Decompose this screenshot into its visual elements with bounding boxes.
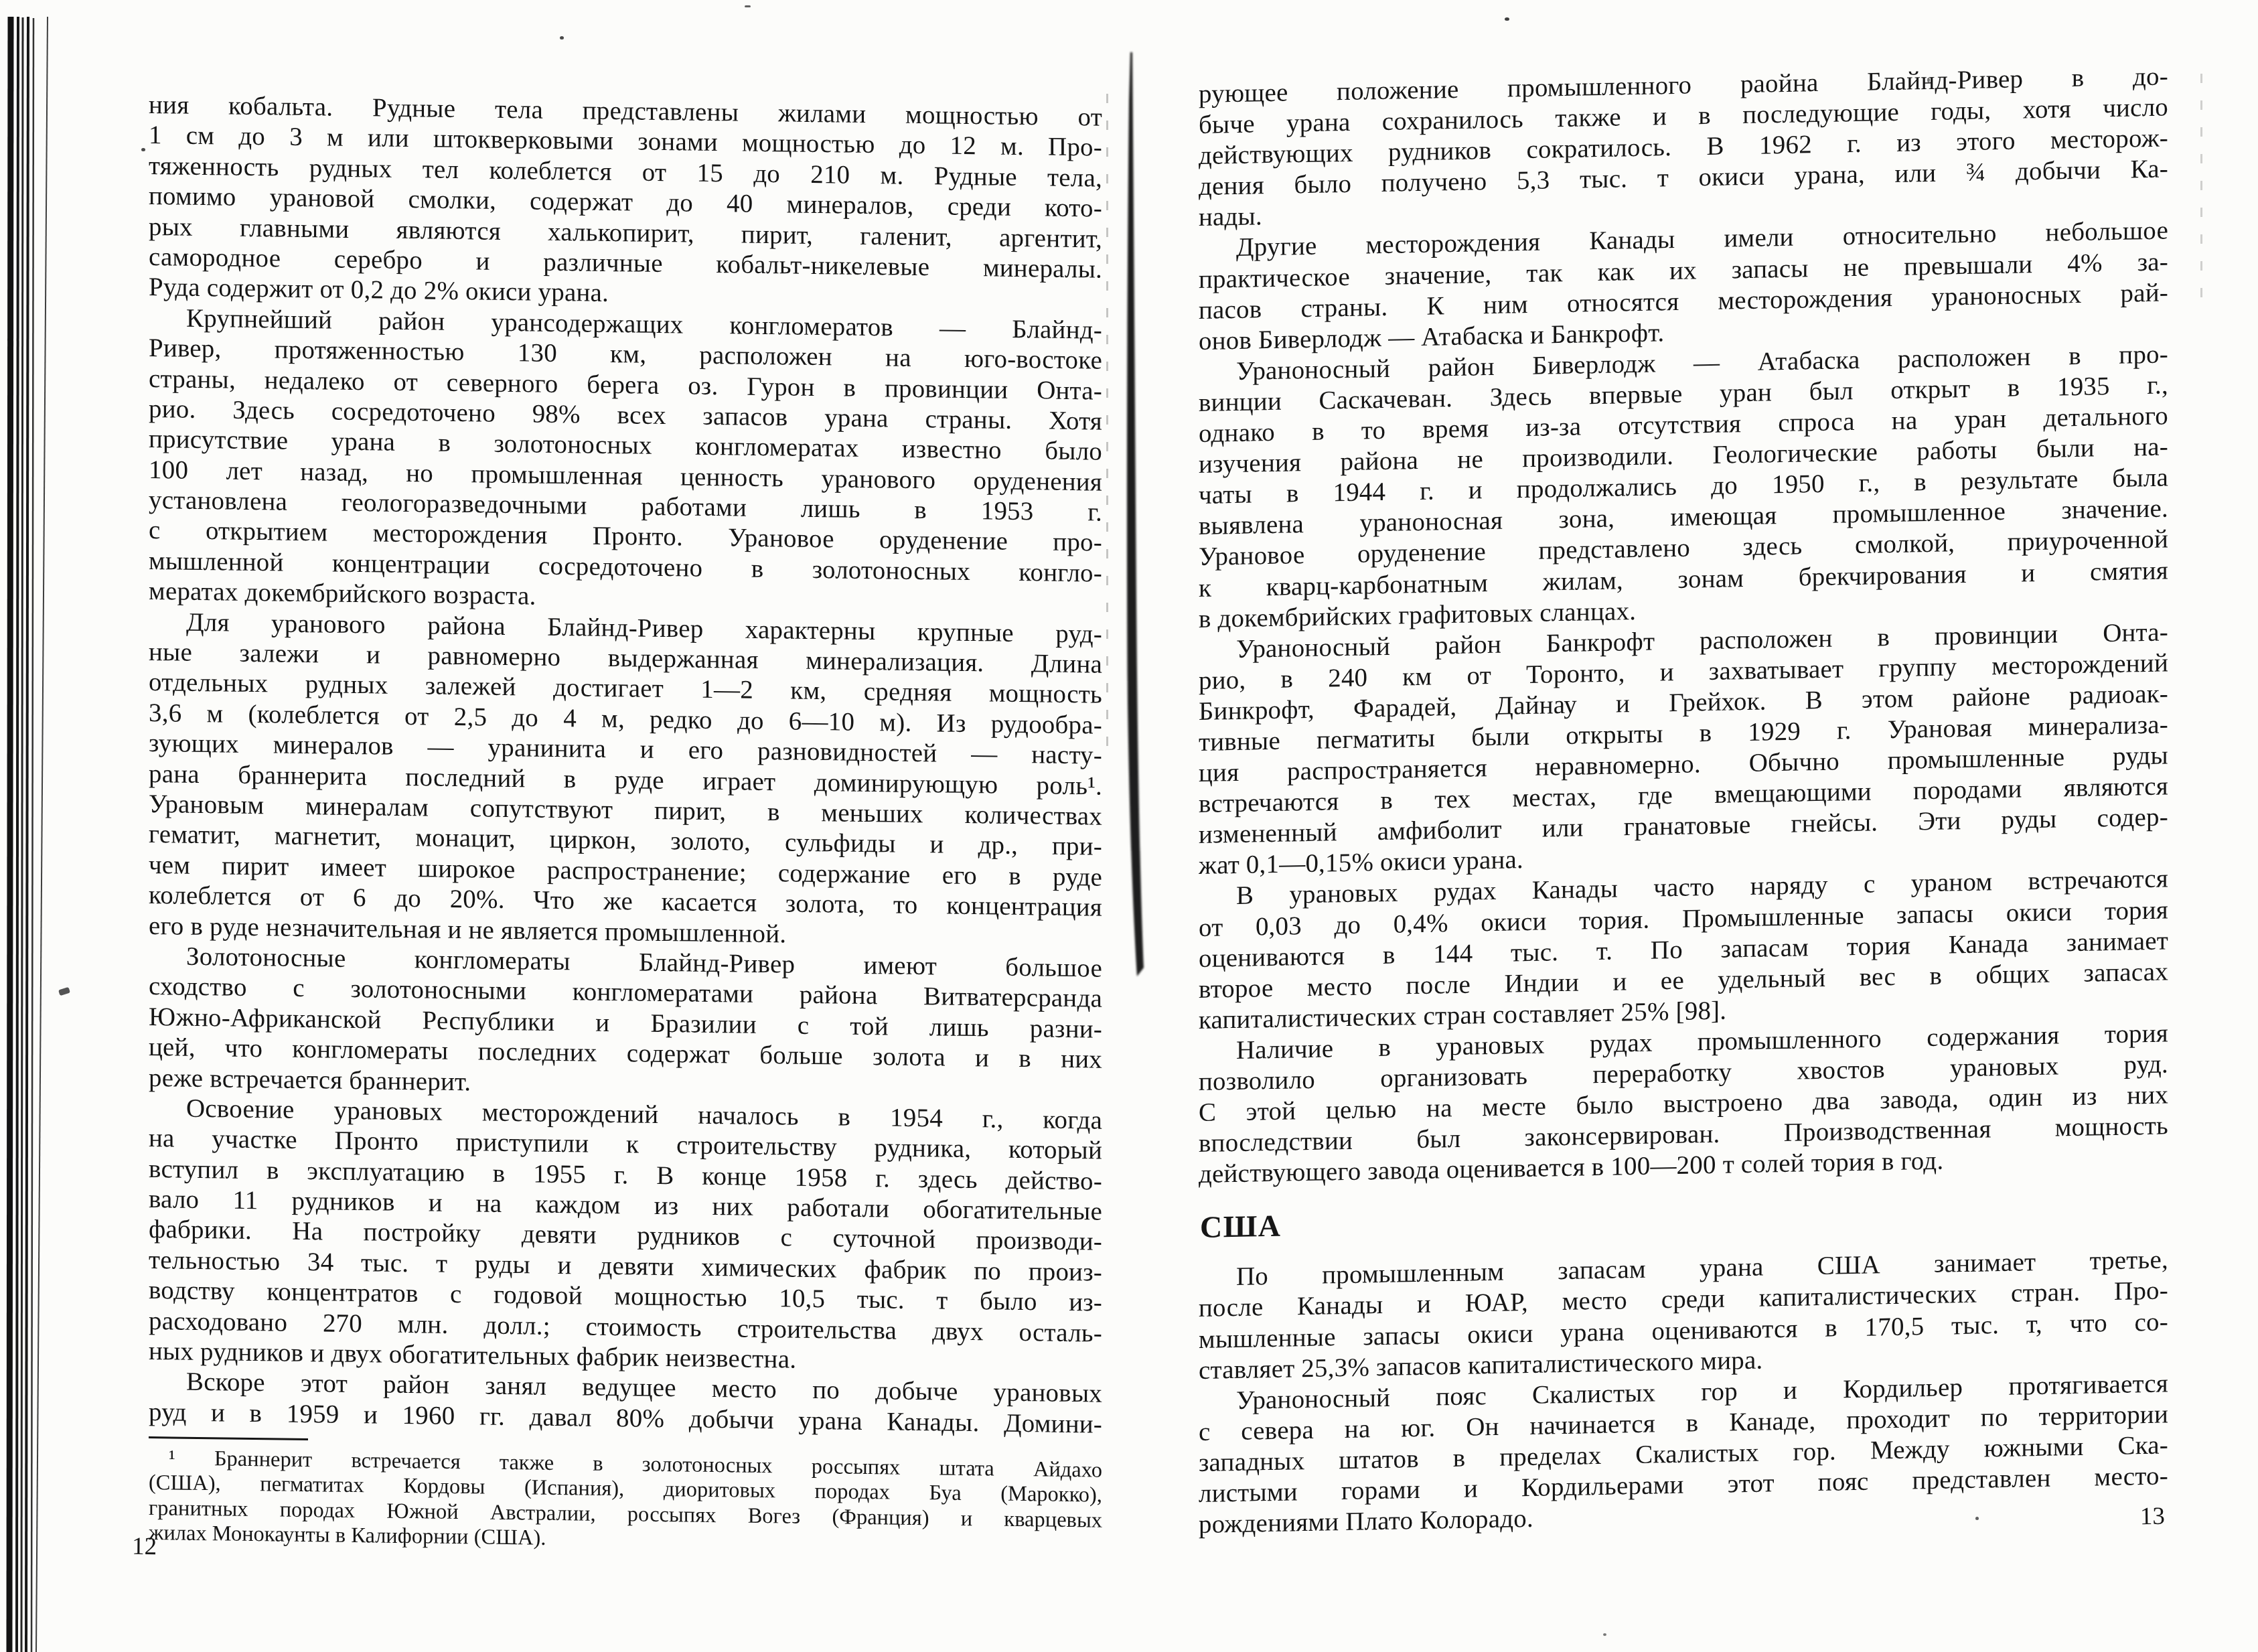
scan-speck [1505, 17, 1509, 21]
paragraph: Наличие в урановых рудах промышленного с… [1199, 1018, 2168, 1190]
page-curl-marks [1106, 94, 1108, 763]
book-binding-edge-lines [0, 0, 80, 1652]
paragraph: Ураноносный район Биверлодж — Атабаска р… [1199, 339, 2168, 634]
paragraph: Освоение урановых месторождений началось… [149, 1093, 1102, 1379]
left-page-body: ния кобальта. Рудные тела представлены ж… [149, 90, 1102, 1440]
paragraph: Ураноносный район Банкрофт расположен в … [1199, 617, 2168, 881]
page-edge-marks [2200, 74, 2202, 315]
section-heading-usa: США [1200, 1193, 2168, 1246]
right-page-body-canada: рующее положение промышленного раойна Бл… [1199, 61, 2168, 1190]
paragraph: ¹ Браннерит встречается также в золотоно… [149, 1446, 1102, 1558]
page-number-right: 13 [2140, 1502, 2165, 1531]
footnote: ¹ Браннерит встречается также в золотоно… [149, 1436, 1102, 1558]
paragraph: Золотоносные конгломераты Блайнд-Ривер и… [149, 941, 1102, 1106]
scan-speck [1603, 1633, 1606, 1636]
paragraph: Крупнейший район урансодержащих конгломе… [149, 303, 1102, 619]
scan-speck [141, 148, 145, 151]
scan-speck [745, 5, 751, 7]
book-spread: ния кобальта. Рудные тела представлены ж… [0, 0, 2258, 1652]
paragraph: По промышленным запасам урана США занима… [1199, 1245, 2168, 1386]
footnote-lines: ¹ Браннерит встречается также в золотоно… [149, 1446, 1102, 1558]
paragraph: Вскоре этот район занял ведущее место по… [149, 1366, 1102, 1439]
paragraph: ния кобальта. Рудные тела представлены ж… [149, 90, 1102, 315]
paragraph: В урановых рудах Канады часто наряду с у… [1199, 864, 2168, 1036]
paragraph: Другие месторождения Канады имели относи… [1199, 216, 2168, 357]
scan-speck [560, 36, 564, 40]
paragraph: Ураноносный пояс Скалистых гор и Кордиль… [1199, 1368, 2168, 1540]
page-number-left: 12 [132, 1532, 157, 1561]
footnote-rule [149, 1436, 308, 1440]
paragraph: Для уранового района Блайнд-Ривер характ… [149, 607, 1102, 954]
left-page-text-block: ния кобальта. Рудные тела представлены ж… [149, 90, 1102, 1558]
right-page-body-usa: По промышленным запасам урана США занима… [1199, 1245, 2168, 1540]
scan-speck [58, 987, 70, 996]
right-page-text-block: рующее положение промышленного раойна Бл… [1199, 61, 2168, 1540]
paragraph: рующее положение промышленного раойна Бл… [1199, 61, 2168, 233]
